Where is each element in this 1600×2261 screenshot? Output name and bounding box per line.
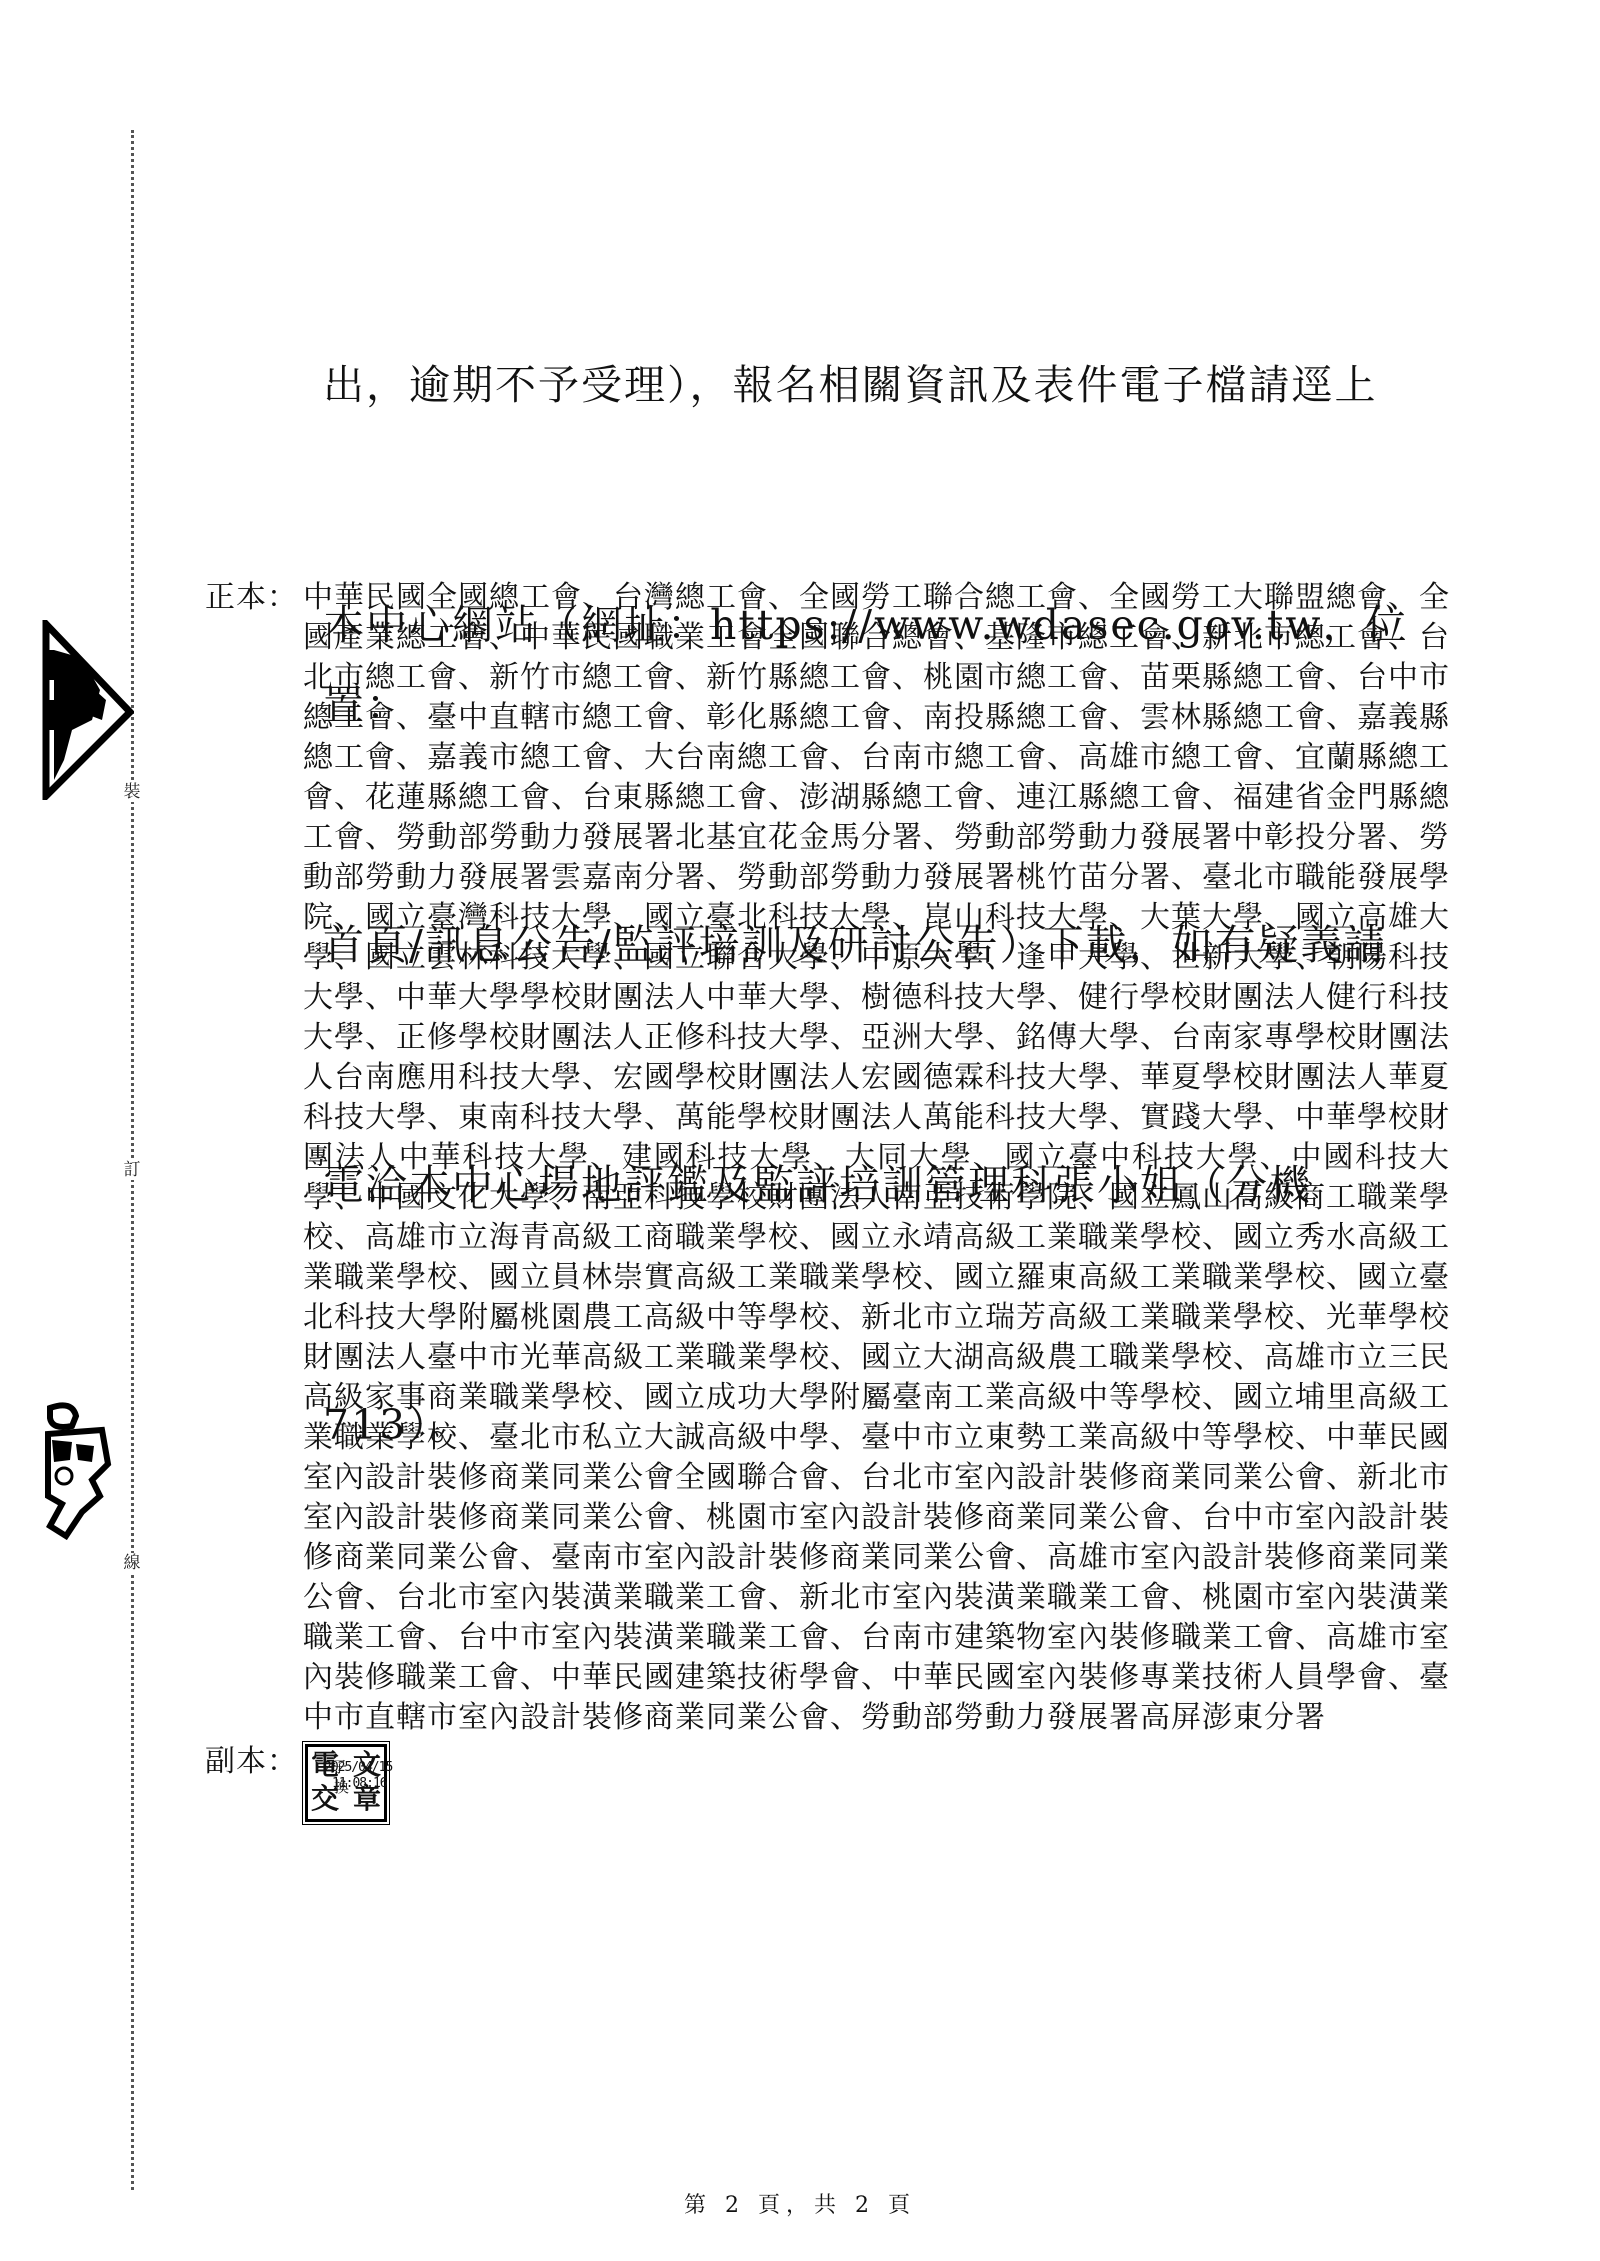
half-seal-triangle-icon (42, 620, 134, 800)
half-seal-irregular-icon (42, 1400, 114, 1540)
stamp-time: 11:08:16 (332, 1777, 387, 1791)
primary-recipients-list: 中華民國全國總工會、台灣總工會、全國勞工聯合總工會、全國勞工大聯盟總會、全國產業… (303, 578, 1450, 1738)
cc-recipients-label: 副本： (205, 1742, 303, 1782)
stamp-date: 2025/04/15 (324, 1761, 392, 1775)
cc-recipients: 副本： 電 交 文 章 子 換 2025/04/15 11:08:16 (205, 1742, 1450, 1822)
electronic-exchange-stamp: 電 交 文 章 子 換 2025/04/15 11:08:16 (305, 1744, 387, 1822)
recipients-section: 正本： 中華民國全國總工會、台灣總工會、全國勞工聯合總工會、全國勞工大聯盟總會、… (205, 578, 1450, 1822)
binding-label-xian: 線 (120, 1553, 144, 1573)
page-indicator: 第 2 頁，共 2 頁 (0, 2188, 1600, 2219)
primary-recipients-label: 正本： (205, 578, 303, 618)
primary-recipients: 正本： 中華民國全國總工會、台灣總工會、全國勞工聯合總工會、全國勞工大聯盟總會、… (205, 578, 1450, 1738)
binding-label-ding: 訂 (120, 1160, 144, 1180)
document-page: 裝 訂 線 出，逾期不予受理），報名相關資訊及表件電子檔請逕上 本中心網站（網址… (0, 0, 1600, 2261)
body-line: 出，逾期不予受理），報名相關資訊及表件電子檔請逕上 (323, 345, 1433, 425)
